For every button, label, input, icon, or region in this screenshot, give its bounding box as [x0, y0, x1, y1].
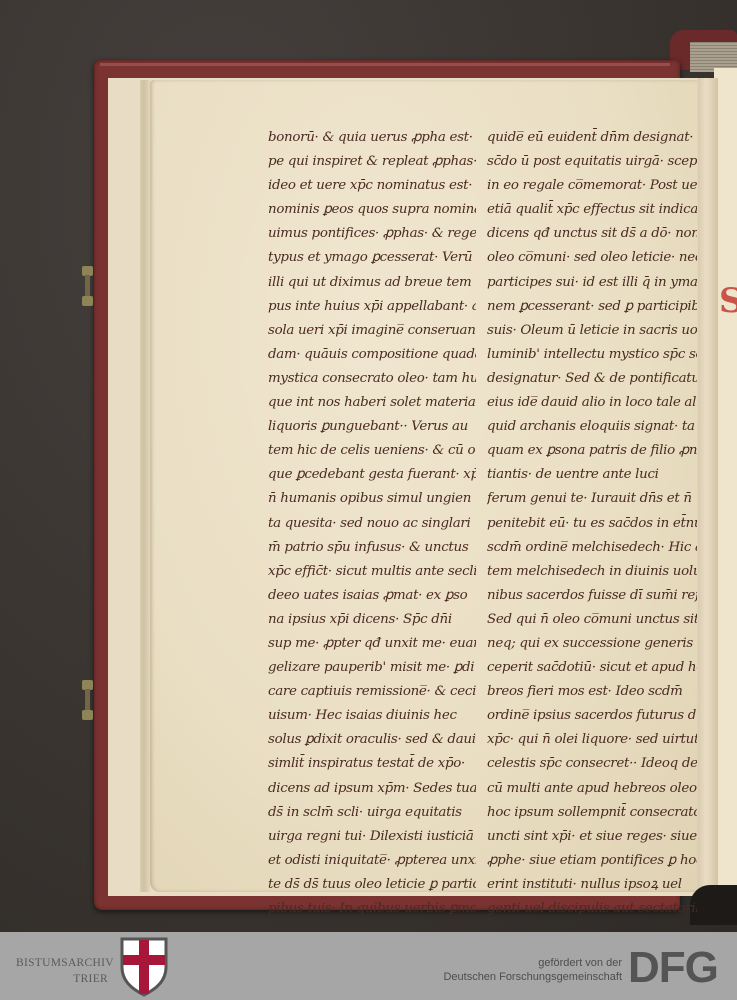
manuscript-line: nem ꝑcesserant· sed ꝑ participibus: [487, 295, 697, 319]
manuscript-line: etiā qualit̄ xp̄c effectus sit indicat·: [487, 198, 697, 222]
manuscript-line: xp̄c· qui n̄ olei liquore· sed uirtute: [487, 728, 697, 752]
cover-edge-highlight: [100, 63, 670, 66]
manuscript-line: pus inte huius xp̄i appellabant· ad: [268, 295, 476, 319]
manuscript-line: ferum genui te· Iurauit dn̄s et n̄: [487, 487, 697, 511]
manuscript-line: luminib' intellectu mystico sp̄c scs̄: [487, 343, 697, 367]
archive-name: BISTUMSARCHIV TRIER: [16, 955, 108, 987]
archive-name-line1: BISTUMSARCHIV: [16, 955, 108, 971]
manuscript-line: m̄ patrio sp̄u infusus· & unctus: [268, 536, 476, 560]
manuscript-line: suis· Oleum ū leticie in sacris uo: [487, 319, 697, 343]
manuscript-line: typus et ymago ꝑcesserat· Verū: [268, 246, 476, 270]
diocese-shield-logo-icon: [120, 937, 168, 997]
manuscript-line: care captiuis remissione̅· & cecis: [268, 680, 476, 704]
clasp-knob-icon: [82, 710, 93, 720]
manuscript-line: simlit̄ inspiratus testat̄ de xp̄o·: [268, 752, 476, 776]
page-gutter: [698, 78, 718, 896]
manuscript-line: hoc ipsum sollempnit̄ consecrato: [487, 801, 697, 825]
clasp-knob-icon: [82, 296, 93, 306]
manuscript-line: nibus sacerdos fuisse dī sum̄i refert·: [487, 584, 697, 608]
manuscript-line: ideo et uere xp̄c nominatus est· cui: [268, 174, 476, 198]
manuscript-line: gelizare pauperib' misit me· ꝑdi: [268, 656, 476, 680]
manuscript-line: sc̄do ū post equitatis uirgā· sceptrū: [487, 150, 697, 174]
manuscript-line: ceperit sac̄dotiū· sicut et apud he: [487, 656, 697, 680]
dfg-logo: DFG: [628, 948, 730, 988]
manuscript-line: breos fieri mos est· Ideo scdm̄: [487, 680, 697, 704]
manuscript-line: na ipsius xp̄i dicens· Sp̄c dn̄i: [268, 608, 476, 632]
manuscript-line: uncti sint xp̄i· et siue reges· siue: [487, 825, 697, 849]
manuscript-line: quide̅ eū euident̄ dn̄m designat·: [487, 126, 697, 150]
manuscript-line: nominis ꝑeos quos supra nomina: [268, 198, 476, 222]
manuscript-line: que int nos haberi solet materia: [268, 391, 476, 415]
manuscript-line: bonorū· & quia uerus ꝓpha est· ꝗp: [268, 126, 476, 150]
manuscript-line: dicens ad ipsum xp̄m· Sedes tua: [268, 777, 476, 801]
manuscript-line: deeo uates isaias ꝓmat· ex ꝑso: [268, 584, 476, 608]
rubricated-initial: S: [719, 283, 737, 319]
manuscript-line: ꝓphe· siue etiam pontifices ꝑ hoc fu: [487, 849, 697, 873]
manuscript-line: liquoris ꝑunguebant·· Verus au: [268, 415, 476, 439]
manuscript-line: designatur· Sed & de pontificatu: [487, 367, 697, 391]
manuscript-line: pibus tuis· In quibus uerbis ꝑmo: [268, 897, 476, 921]
corner-shadow: [690, 885, 737, 925]
manuscript-line: celestis sp̄c consecret·· Ideoq deniq;: [487, 752, 697, 776]
manuscript-line: sola ueri xp̄i imagine̅ conseruan: [268, 319, 476, 343]
manuscript-line: mystica consecrato oleo· tam hui: [268, 367, 476, 391]
manuscript-line: penitebit eū· tu es sac̄dos in et̄num: [487, 512, 697, 536]
manuscript-line: tiantis· de uentre ante luci: [487, 463, 697, 487]
clasp-pin-lower: [82, 680, 93, 720]
clasp-pin-upper: [82, 266, 93, 306]
manuscript-line: que ꝑcedebant gesta fuerant· xp̄c: [268, 463, 476, 487]
manuscript-line: uimus pontifices· ꝓphas· & reges·: [268, 222, 476, 246]
manuscript-line: ordine̅ ipsius sacerdos futurus dr̄: [487, 704, 697, 728]
manuscript-line: ds̄ in sclm̄ scli· uirga equitatis: [268, 801, 476, 825]
manuscript-line: ta quesita· sed nouo ac singlari: [268, 512, 476, 536]
page-stack-edge: [140, 80, 150, 892]
manuscript-line: scdm̄ ordine̅ melchisedech· Hic au: [487, 536, 697, 560]
manuscript-line: illi qui ut diximus ad breue tem: [268, 271, 476, 295]
manuscript-line: pe qui inspiret & repleat ꝓphas·: [268, 150, 476, 174]
manuscript-line: dam· quāuis compositione quadā: [268, 343, 476, 367]
text-column-right: quide̅ eū euident̄ dn̄m designat·sc̄do ū…: [487, 126, 697, 921]
manuscript-line: quid archanis eloquiis signat· ta: [487, 415, 697, 439]
manuscript-line: solus ꝑdixit oraculis· sed & dauid: [268, 728, 476, 752]
manuscript-line: n̄ humanis opibus simul ungien: [268, 487, 476, 511]
manuscript-line: erint instituti· nullus ipsoꝝ uel: [487, 873, 697, 897]
manuscript-line: genti uel discipulis aut sectatorib': [487, 897, 697, 921]
manuscript-line: xp̄c effic̄t· sicut multis ante seclis: [268, 560, 476, 584]
manuscript-line: te ds̄ ds̄ tuus oleo leticie ꝑ partici: [268, 873, 476, 897]
manuscript-line: uirga regni tui· Dilexisti iusticiā: [268, 825, 476, 849]
manuscript-line: dicens qđ unctus sit ds̄ a dō· non: [487, 222, 697, 246]
manuscript-line: neq; qui ex successione generis sui: [487, 632, 697, 656]
funding-line1: gefördert von der: [380, 956, 622, 970]
archive-name-line2: TRIER: [16, 971, 108, 987]
clasp-bar: [85, 275, 90, 297]
manuscript-line: Sed qui n̄ oleo co̅muni unctus sit·: [487, 608, 697, 632]
text-column-left: bonorū· & quia uerus ꝓpha est· ꝗppe qui …: [268, 126, 476, 921]
manuscript-line: tem hic de celis ueniens· & cū om̄ia: [268, 439, 476, 463]
funding-line2: Deutschen Forschungsgemeinschaft: [380, 970, 622, 984]
manuscript-line: cū multi ante apud hebreos oleo in: [487, 777, 697, 801]
manuscript-line: uisum· Hec isaias diuinis hec: [268, 704, 476, 728]
manuscript-line: quam ex ꝑsona patris de filio ꝓnun: [487, 439, 697, 463]
manuscript-line: in eo regale co̅memorat· Post uero: [487, 174, 697, 198]
manuscript-line: tem melchisedech in diuinis uolumi: [487, 560, 697, 584]
manuscript-line: oleo co̅muni· sed oleo leticie· nec sic: [487, 246, 697, 270]
manuscript-line: eius ide̅ dauid alio in loco tale ali: [487, 391, 697, 415]
funding-notice: gefördert von der Deutschen Forschungsge…: [380, 956, 622, 984]
manuscript-image-viewer: S bonorū· & quia uerus ꝓpha est· ꝗppe qu…: [0, 0, 737, 932]
clasp-bar: [85, 689, 90, 711]
manuscript-line: participes sui· id est illi q̄ in ymagi: [487, 271, 697, 295]
manuscript-line: sup me· ꝓpter qđ unxit me· euan: [268, 632, 476, 656]
manuscript-line: et odisti iniquitate̅· ꝓpterea unxit: [268, 849, 476, 873]
